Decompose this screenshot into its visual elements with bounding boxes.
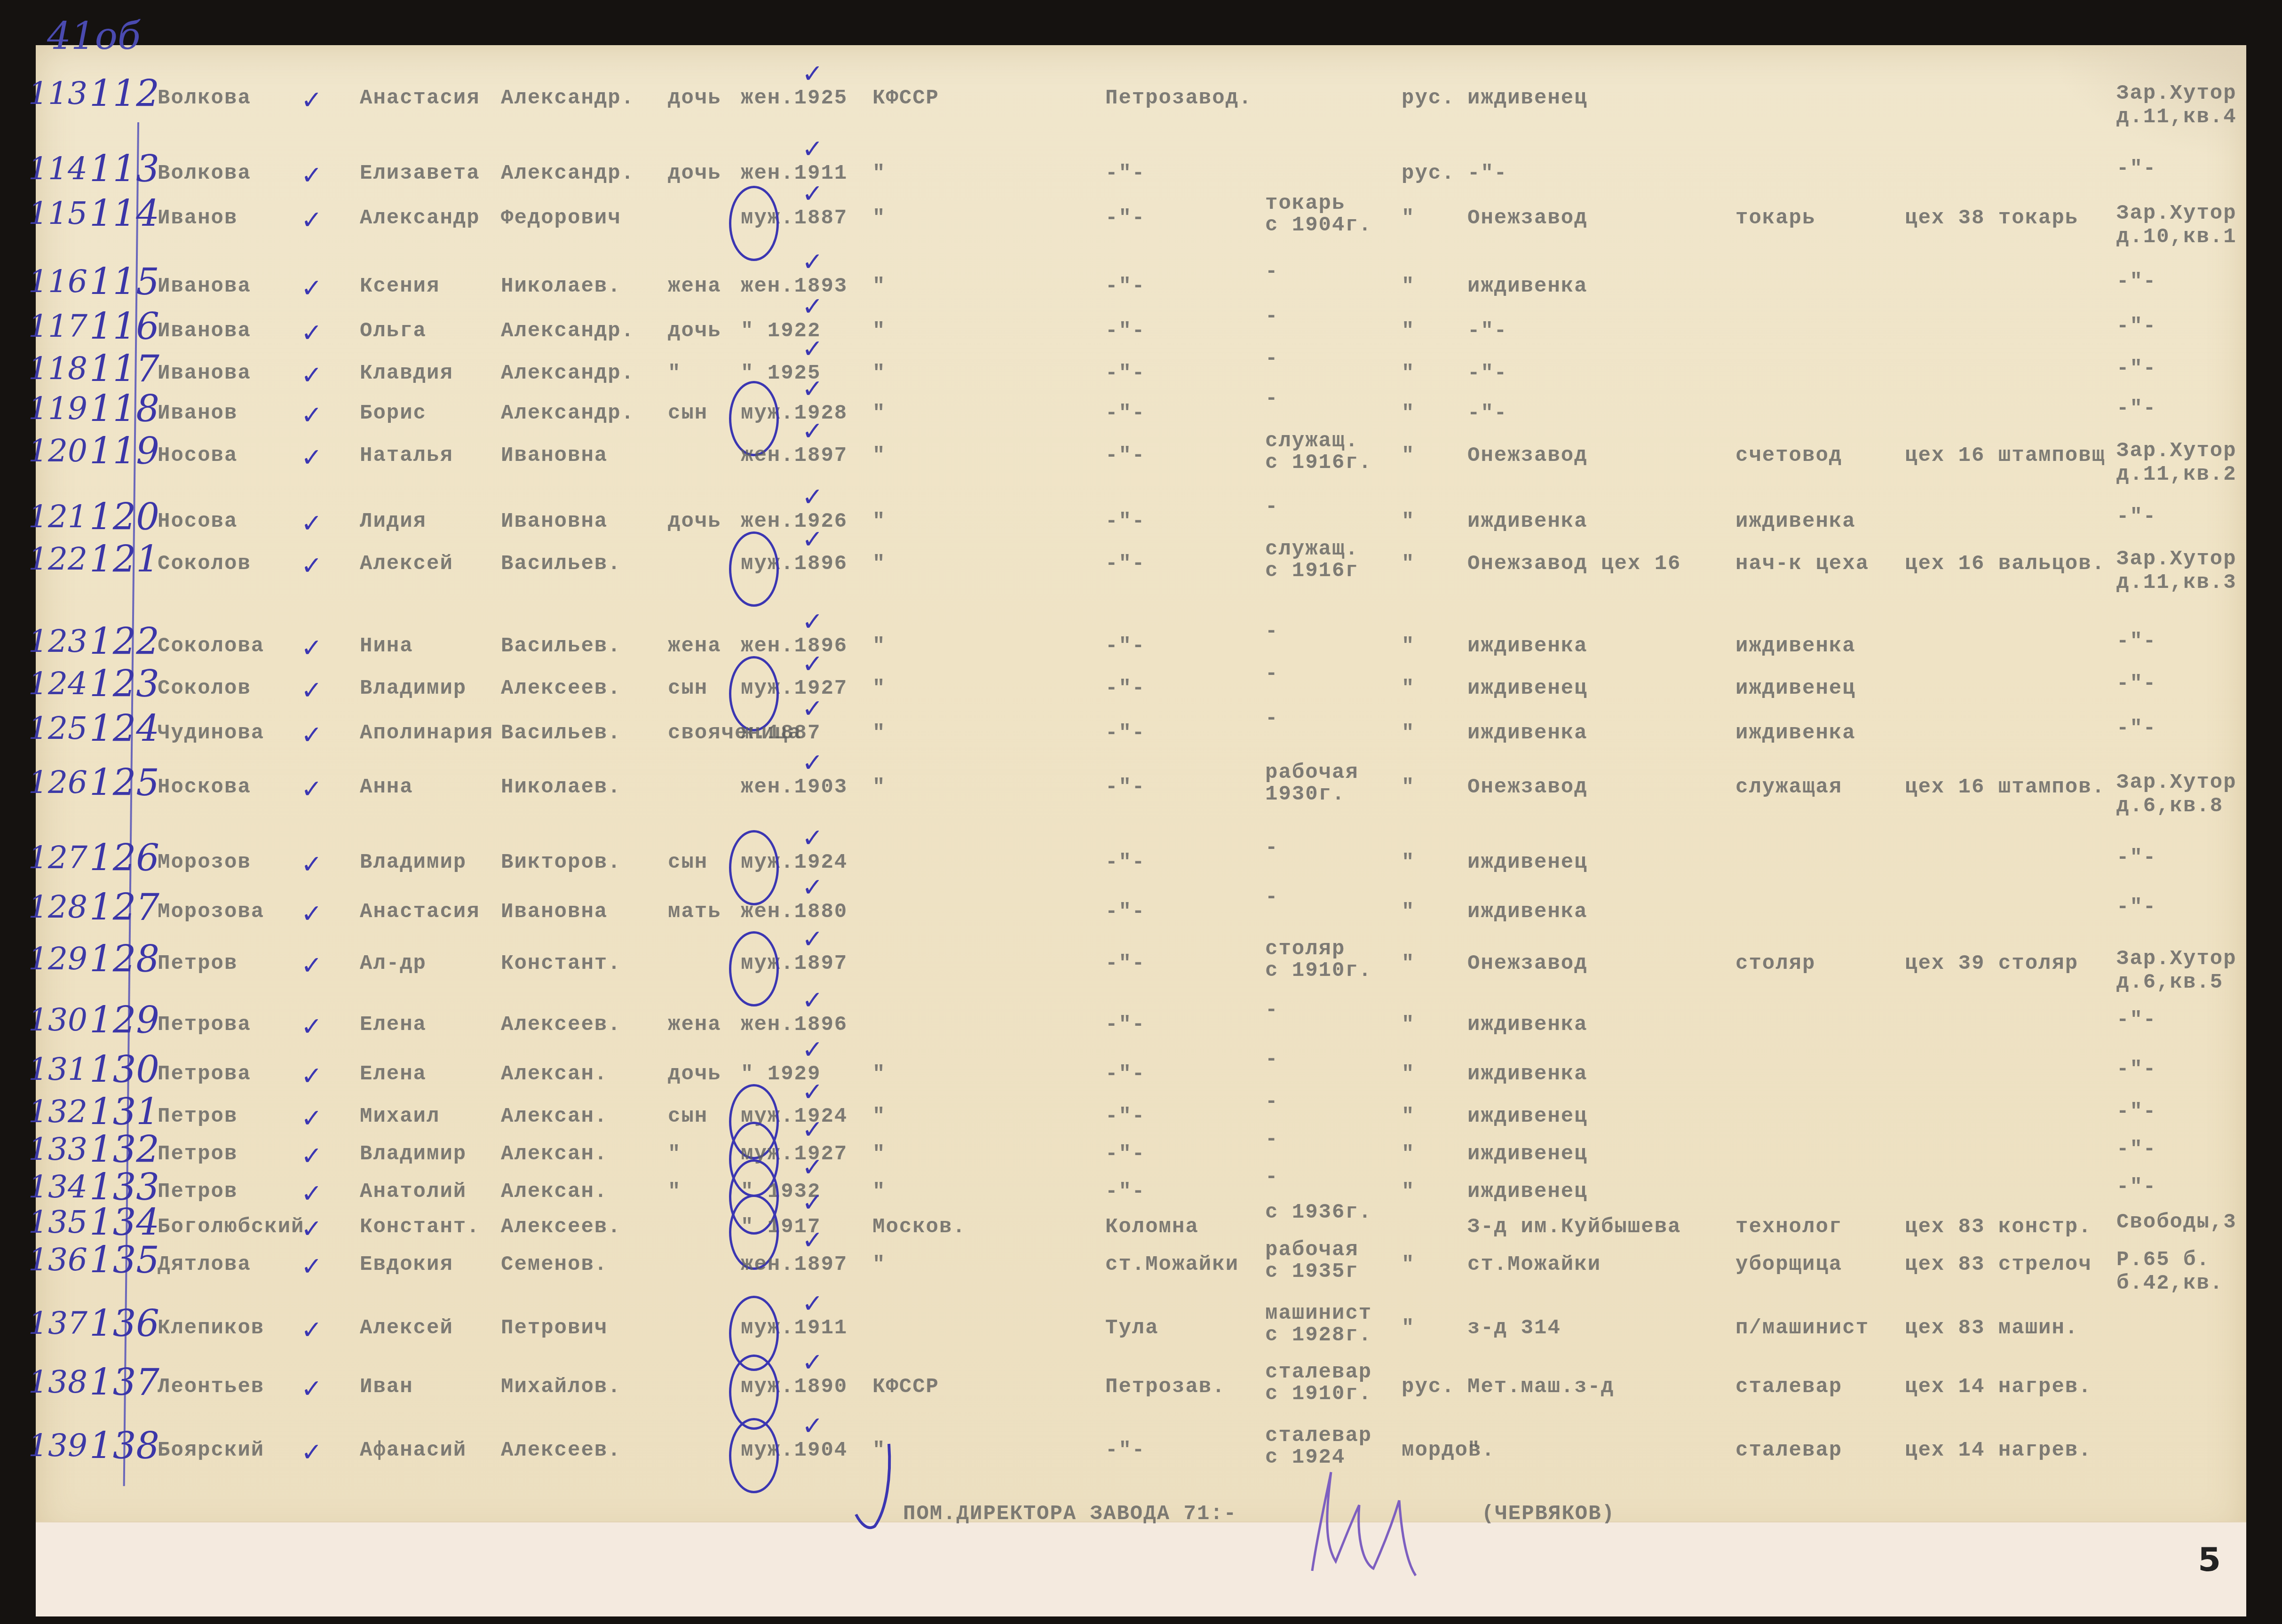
nationality-cell: " bbox=[1402, 952, 1415, 975]
workplace-cell: -"- bbox=[1467, 162, 1507, 185]
patronymic-cell: Алексан. bbox=[501, 1105, 608, 1128]
relation-cell: дочь bbox=[668, 162, 721, 185]
old-record-number: 130 bbox=[89, 1049, 159, 1091]
new-record-number: 124 bbox=[28, 665, 87, 702]
check-icon: ✓ bbox=[301, 1437, 322, 1467]
relation-cell: мать bbox=[668, 901, 721, 923]
check-icon: ✓ bbox=[802, 1152, 823, 1182]
first-name-cell: Клавдия bbox=[360, 362, 453, 385]
profession-since-cell: - bbox=[1265, 1166, 1278, 1188]
position-cell: токарь bbox=[1735, 207, 1815, 230]
patronymic-cell: Ивановна bbox=[501, 901, 608, 923]
new-record-number: 127 bbox=[28, 840, 87, 876]
patronymic-cell: Федорович bbox=[501, 207, 621, 230]
profession-since-cell: - bbox=[1265, 388, 1278, 410]
profession-since-cell: - bbox=[1265, 663, 1278, 685]
birthplace-cell: -"- bbox=[1105, 1014, 1145, 1036]
first-name-cell: Владимир bbox=[360, 1143, 467, 1165]
workshop-cell: цех 16 штампов. bbox=[1905, 776, 2105, 799]
relation-cell: сын bbox=[668, 1105, 708, 1128]
table-row: 139138Боярский✓АфанасийАлексеев.муж.1904… bbox=[0, 1439, 2282, 1496]
surname-cell: Петрова bbox=[158, 1014, 251, 1036]
profession-since-cell: - bbox=[1265, 1129, 1278, 1150]
workplace-cell: ст.Можайки bbox=[1467, 1253, 1601, 1276]
surname-cell: Соколов bbox=[158, 677, 251, 700]
workplace-cell: иждивенец bbox=[1467, 1180, 1588, 1203]
nationality-cell: " bbox=[1402, 402, 1415, 425]
workshop-cell: цех 39 столяр bbox=[1905, 952, 2078, 975]
profession-since-cell: - bbox=[1265, 999, 1278, 1021]
address-line1: Зар.Хутор bbox=[2116, 440, 2237, 462]
nationality-cell: " bbox=[1402, 553, 1415, 575]
check-icon: ✓ bbox=[802, 1035, 823, 1064]
surname-cell: Морозова bbox=[158, 901, 264, 923]
address-line1: -"- bbox=[2116, 506, 2156, 528]
surname-cell: Иванова bbox=[158, 362, 251, 385]
check-icon: ✓ bbox=[802, 134, 823, 164]
profession-since-cell: с 1936г. bbox=[1265, 1202, 1372, 1223]
new-record-number: 132 bbox=[28, 1093, 87, 1130]
check-icon: ✓ bbox=[301, 273, 322, 303]
first-name-cell: Евдокия bbox=[360, 1253, 453, 1276]
check-icon: ✓ bbox=[802, 59, 823, 88]
check-icon: ✓ bbox=[802, 649, 823, 679]
nationality-cell: " bbox=[1402, 776, 1415, 799]
check-icon: ✓ bbox=[802, 482, 823, 512]
old-record-number: 113 bbox=[89, 148, 159, 190]
address-line2: д.11,кв.3 bbox=[2116, 571, 2237, 594]
address-line2: д.6,кв.8 bbox=[2116, 795, 2223, 817]
position-cell: сталевар bbox=[1735, 1376, 1842, 1398]
surname-cell: Петров bbox=[158, 1180, 238, 1203]
republic-cell: " bbox=[872, 635, 886, 658]
position-cell: технолог bbox=[1735, 1216, 1842, 1238]
profession-since-cell: - bbox=[1265, 1091, 1278, 1113]
surname-cell: Иванова bbox=[158, 275, 251, 298]
first-name-cell: Ал-др bbox=[360, 952, 427, 975]
profession-since-cell: - bbox=[1265, 496, 1278, 518]
nationality-cell: " bbox=[1402, 722, 1415, 745]
relation-cell: " bbox=[668, 362, 681, 385]
republic-cell: КФССР bbox=[872, 1376, 939, 1398]
check-icon: ✓ bbox=[802, 1411, 823, 1441]
birthplace-cell: -"- bbox=[1105, 635, 1145, 658]
birthplace-cell: -"- bbox=[1105, 776, 1145, 799]
position-cell: иждивенка bbox=[1735, 510, 1856, 533]
position-cell: служащая bbox=[1735, 776, 1842, 799]
position-cell: п/машинист bbox=[1735, 1317, 1869, 1339]
sex-birthyear-cell: ж.1887 bbox=[741, 722, 821, 745]
table-row: 126125Носкова✓АннаНиколаев.жен.1903✓"-"-… bbox=[0, 776, 2282, 832]
sex-birthyear-cell: жен.1896 bbox=[741, 635, 848, 658]
new-record-number: 129 bbox=[28, 941, 87, 977]
workplace-cell: иждивенка bbox=[1467, 722, 1588, 745]
surname-cell: Иванова bbox=[158, 320, 251, 342]
check-icon: ✓ bbox=[802, 524, 823, 554]
relation-cell: жена bbox=[668, 275, 721, 298]
address-line1: -"- bbox=[2116, 1101, 2156, 1123]
patronymic-cell: Петрович bbox=[501, 1317, 608, 1339]
new-record-number: 114 bbox=[28, 151, 87, 187]
republic-cell: " bbox=[872, 1105, 886, 1128]
patronymic-cell: Александр. bbox=[501, 162, 634, 185]
address-line1: -"- bbox=[2116, 315, 2156, 338]
address-line1: -"- bbox=[2116, 1009, 2156, 1031]
address-line2: д.11,кв.4 bbox=[2116, 106, 2237, 128]
paper-bottom-strip bbox=[36, 1521, 2246, 1616]
surname-cell: Боярский bbox=[158, 1439, 264, 1462]
nationality-cell: " bbox=[1402, 1317, 1415, 1339]
workplace-cell: иждивенец bbox=[1467, 677, 1588, 700]
address-line2: д.10,кв.1 bbox=[2116, 226, 2237, 248]
address-line2: б.42,кв. bbox=[2116, 1272, 2223, 1295]
birthplace-cell: -"- bbox=[1105, 1180, 1145, 1203]
birthplace-cell: -"- bbox=[1105, 1105, 1145, 1128]
address-line1: -"- bbox=[2116, 397, 2156, 420]
patronymic-cell: Алексан. bbox=[501, 1180, 608, 1203]
address-line1: Зар.Хутор bbox=[2116, 771, 2237, 794]
birthplace-cell: -"- bbox=[1105, 444, 1145, 467]
republic-cell: " bbox=[872, 1063, 886, 1085]
patronymic-cell: Ивановна bbox=[501, 444, 608, 467]
workplace-cell: иждивенка bbox=[1467, 901, 1588, 923]
table-row: 125124Чудинова✓АполинарияВасильев.свояче… bbox=[0, 722, 2282, 778]
relation-cell: дочь bbox=[668, 320, 721, 342]
patronymic-cell: Констант. bbox=[501, 952, 621, 975]
surname-cell: Иванов bbox=[158, 207, 238, 230]
table-row: 127126Морозов✓ВладимирВикторов.сынмуж.19… bbox=[0, 851, 2282, 908]
check-icon: ✓ bbox=[301, 720, 322, 750]
birthplace-cell: Коломна bbox=[1105, 1216, 1199, 1238]
first-name-cell: Лидия bbox=[360, 510, 427, 533]
surname-cell: Леонтьев bbox=[158, 1376, 264, 1398]
address-line1: Свободы,3 bbox=[2116, 1211, 2237, 1234]
check-icon: ✓ bbox=[802, 823, 823, 853]
address-line1: -"- bbox=[2116, 847, 2156, 869]
new-record-number: 121 bbox=[28, 499, 87, 535]
new-record-number: 134 bbox=[28, 1169, 87, 1205]
surname-cell: Волкова bbox=[158, 162, 251, 185]
position-cell: столяр bbox=[1735, 952, 1815, 975]
surname-cell: Петров bbox=[158, 952, 238, 975]
pencil-hook-mark bbox=[847, 1439, 903, 1533]
workplace-cell: иждивенец bbox=[1467, 851, 1588, 874]
table-row: 122121Соколов✓АлексейВасильев.муж.1896✓"… bbox=[0, 553, 2282, 609]
new-record-number: 128 bbox=[28, 889, 87, 925]
patronymic-cell: Ивановна bbox=[501, 510, 608, 533]
check-icon: ✓ bbox=[802, 374, 823, 404]
birthplace-cell: ст.Можайки bbox=[1105, 1253, 1239, 1276]
address-line1: Зар.Хутор bbox=[2116, 948, 2237, 970]
birthplace-cell: -"- bbox=[1105, 320, 1145, 342]
patronymic-cell: Алексеев. bbox=[501, 1216, 621, 1238]
first-name-cell: Аполинария bbox=[360, 722, 493, 745]
workplace-cell: з-д 314 bbox=[1467, 1317, 1561, 1339]
check-icon: ✓ bbox=[802, 292, 823, 321]
birthplace-cell: -"- bbox=[1105, 1143, 1145, 1165]
old-record-number: 129 bbox=[89, 999, 159, 1042]
old-record-number: 132 bbox=[89, 1129, 159, 1171]
nationality-cell: " bbox=[1402, 275, 1415, 298]
workplace-cell: -"- bbox=[1467, 362, 1507, 385]
birthplace-cell: -"- bbox=[1105, 553, 1145, 575]
first-name-cell: Алексей bbox=[360, 553, 453, 575]
check-icon: ✓ bbox=[301, 1012, 322, 1041]
new-record-number: 136 bbox=[28, 1242, 87, 1278]
first-name-cell: Елена bbox=[360, 1063, 427, 1085]
workshop-cell: цех 83 констр. bbox=[1905, 1216, 2092, 1238]
new-record-number: 123 bbox=[28, 623, 87, 659]
profession-since-cell: - bbox=[1265, 306, 1278, 327]
new-record-number: 125 bbox=[28, 710, 87, 746]
surname-cell: Петров bbox=[158, 1105, 238, 1128]
patronymic-cell: Семенов. bbox=[501, 1253, 608, 1276]
patronymic-cell: Александр. bbox=[501, 320, 634, 342]
nationality-cell: рус. bbox=[1402, 1376, 1455, 1398]
patronymic-cell: Михайлов. bbox=[501, 1376, 621, 1398]
birthplace-cell: -"- bbox=[1105, 402, 1145, 425]
address-line1: Зар.Хутор bbox=[2116, 202, 2237, 225]
workplace-cell: З-д им.Куйбышева bbox=[1467, 1216, 1681, 1238]
old-record-number: 121 bbox=[89, 539, 159, 581]
workplace-cell: Онежзавод bbox=[1467, 444, 1588, 467]
check-icon: ✓ bbox=[301, 1179, 322, 1208]
profession-since-cell: служащ. с 1916г bbox=[1265, 539, 1359, 582]
relation-cell: сын bbox=[668, 851, 708, 874]
republic-cell: " bbox=[872, 677, 886, 700]
position-cell: счетовод bbox=[1735, 444, 1842, 467]
position-cell: сталевар bbox=[1735, 1439, 1842, 1462]
workplace-cell: " bbox=[1467, 1439, 1481, 1462]
relation-cell: жена bbox=[668, 1014, 721, 1036]
surname-cell: Носкова bbox=[158, 776, 251, 799]
new-record-number: 115 bbox=[28, 195, 87, 231]
table-row: 138137Леонтьев✓ИванМихайлов.муж.1890✓КФС… bbox=[0, 1376, 2282, 1432]
circle-mark-icon bbox=[729, 186, 779, 261]
address-line1: -"- bbox=[2116, 1176, 2156, 1198]
position-cell: нач-к цеха bbox=[1735, 553, 1869, 575]
new-record-number: 117 bbox=[28, 308, 87, 344]
republic-cell: Москов. bbox=[872, 1216, 966, 1238]
nationality-cell: " bbox=[1402, 320, 1415, 342]
old-record-number: 112 bbox=[89, 73, 159, 115]
position-cell: иждивенец bbox=[1735, 677, 1856, 700]
address-line1: -"- bbox=[2116, 630, 2156, 653]
republic-cell: КФССР bbox=[872, 87, 939, 110]
old-record-number: 124 bbox=[89, 708, 159, 750]
address-line1: -"- bbox=[2116, 1058, 2156, 1081]
first-name-cell: Анастасия bbox=[360, 901, 480, 923]
patronymic-cell: Алексан. bbox=[501, 1063, 608, 1085]
surname-cell: Клепиков bbox=[158, 1317, 264, 1339]
profession-since-cell: - bbox=[1265, 1049, 1278, 1070]
first-name-cell: Елизавета bbox=[360, 162, 480, 185]
first-name-cell: Александр bbox=[360, 207, 480, 230]
relation-cell: дочь bbox=[668, 87, 721, 110]
profession-since-cell: - bbox=[1265, 887, 1278, 908]
patronymic-cell: Викторов. bbox=[501, 851, 621, 874]
patronymic-cell: Александр. bbox=[501, 402, 634, 425]
patronymic-cell: Васильев. bbox=[501, 635, 621, 658]
address-line1: -"- bbox=[2116, 270, 2156, 293]
first-name-cell: Ксения bbox=[360, 275, 440, 298]
profession-since-cell: - bbox=[1265, 261, 1278, 283]
nationality-cell: " bbox=[1402, 207, 1415, 230]
surname-cell: Иванов bbox=[158, 402, 238, 425]
position-cell: иждивенка bbox=[1735, 722, 1856, 745]
patronymic-cell: Алексан. bbox=[501, 1143, 608, 1165]
handwritten-signature bbox=[1298, 1467, 1449, 1580]
address-line1: -"- bbox=[2116, 717, 2156, 740]
circle-mark-icon bbox=[729, 1418, 779, 1493]
surname-cell: Дятлова bbox=[158, 1253, 251, 1276]
address-line1: Зар.Хутор bbox=[2116, 82, 2237, 105]
patronymic-cell: Александр. bbox=[501, 87, 634, 110]
new-record-number: 138 bbox=[28, 1364, 87, 1400]
check-icon: ✓ bbox=[802, 1077, 823, 1107]
relation-cell: " bbox=[668, 1143, 681, 1165]
first-name-cell: Нина bbox=[360, 635, 413, 658]
profession-since-cell: - bbox=[1265, 708, 1278, 729]
workplace-cell: Онежзавод bbox=[1467, 952, 1588, 975]
republic-cell: " bbox=[872, 1143, 886, 1165]
birthplace-cell: -"- bbox=[1105, 952, 1145, 975]
sex-birthyear-cell: жен.1896 bbox=[741, 1014, 848, 1036]
page-mark: 5 bbox=[2198, 1540, 2221, 1579]
surname-cell: Боголюбский bbox=[158, 1216, 304, 1238]
nationality-cell: " bbox=[1402, 901, 1415, 923]
profession-since-cell: машинист с 1928г. bbox=[1265, 1303, 1372, 1346]
check-icon: ✓ bbox=[301, 1315, 322, 1345]
check-icon: ✓ bbox=[301, 1141, 322, 1171]
profession-since-cell: рабочая с 1935г bbox=[1265, 1239, 1359, 1283]
nationality-cell: " bbox=[1402, 1143, 1415, 1165]
table-row: 120119Носова✓НатальяИвановнажен.1897✓"-"… bbox=[0, 444, 2282, 501]
republic-cell: " bbox=[872, 722, 886, 745]
surname-cell: Соколова bbox=[158, 635, 264, 658]
old-record-number: 131 bbox=[89, 1091, 159, 1133]
first-name-cell: Ольга bbox=[360, 320, 427, 342]
profession-since-cell: токарь с 1904г. bbox=[1265, 193, 1372, 236]
check-icon: ✓ bbox=[301, 443, 322, 472]
workplace-cell: иждивенка bbox=[1467, 275, 1588, 298]
table-row: 113112Волкова✓АнастасияАлександр.дочьжен… bbox=[0, 87, 2282, 143]
check-icon: ✓ bbox=[802, 872, 823, 902]
nationality-cell: " bbox=[1402, 1105, 1415, 1128]
sex-birthyear-cell: жен.1880 bbox=[741, 901, 848, 923]
check-icon: ✓ bbox=[301, 675, 322, 705]
old-record-number: 119 bbox=[89, 430, 159, 473]
nationality-cell: " bbox=[1402, 510, 1415, 533]
new-record-number: 133 bbox=[28, 1131, 87, 1167]
old-record-number: 122 bbox=[89, 621, 159, 663]
republic-cell: " bbox=[872, 320, 886, 342]
circle-mark-icon bbox=[729, 531, 779, 607]
check-icon: ✓ bbox=[301, 85, 322, 115]
workplace-cell: иждивенец bbox=[1467, 1105, 1588, 1128]
new-record-number: 122 bbox=[28, 541, 87, 577]
check-icon: ✓ bbox=[802, 985, 823, 1015]
birthplace-cell: -"- bbox=[1105, 851, 1145, 874]
first-name-cell: Анна bbox=[360, 776, 413, 799]
workshop-cell: цех 83 стрелоч bbox=[1905, 1253, 2092, 1276]
sex-birthyear-cell: жен.1897 bbox=[741, 444, 848, 467]
nationality-cell: " bbox=[1402, 851, 1415, 874]
check-icon: ✓ bbox=[301, 318, 322, 348]
check-icon: ✓ bbox=[802, 179, 823, 208]
republic-cell: " bbox=[872, 776, 886, 799]
old-record-number: 138 bbox=[89, 1425, 159, 1467]
surname-cell: Морозов bbox=[158, 851, 251, 874]
check-icon: ✓ bbox=[301, 360, 322, 390]
check-icon: ✓ bbox=[301, 1061, 322, 1091]
address-line1: -"- bbox=[2116, 673, 2156, 695]
check-icon: ✓ bbox=[301, 849, 322, 879]
old-record-number: 114 bbox=[89, 193, 159, 235]
republic-cell: " bbox=[872, 162, 886, 185]
old-record-number: 118 bbox=[89, 388, 159, 430]
sex-birthyear-cell: жен.1903 bbox=[741, 776, 848, 799]
circle-mark-icon bbox=[729, 830, 779, 905]
republic-cell: " bbox=[872, 1253, 886, 1276]
birthplace-cell: -"- bbox=[1105, 677, 1145, 700]
table-row: 129128Петров✓Ал-дрКонстант.муж.1897✓-"-с… bbox=[0, 952, 2282, 1009]
workshop-cell: цех 16 вальцов. bbox=[1905, 553, 2105, 575]
address-line1: -"- bbox=[2116, 1138, 2156, 1161]
old-record-number: 127 bbox=[89, 887, 159, 929]
check-icon: ✓ bbox=[802, 247, 823, 277]
surname-cell: Носова bbox=[158, 510, 238, 533]
table-row: 136135Дятлова✓ЕвдокияСеменов.жен.1897✓"с… bbox=[0, 1253, 2282, 1310]
check-icon: ✓ bbox=[802, 607, 823, 636]
patronymic-cell: Николаев. bbox=[501, 776, 621, 799]
old-record-number: 137 bbox=[89, 1362, 159, 1404]
surname-cell: Петрова bbox=[158, 1063, 251, 1085]
check-icon: ✓ bbox=[802, 416, 823, 446]
table-row: 130129Петрова✓ЕленаАлексеев.женажен.1896… bbox=[0, 1014, 2282, 1070]
check-icon: ✓ bbox=[301, 551, 322, 580]
address-line1: Р.65 б. bbox=[2116, 1249, 2210, 1271]
address-line2: д.11,кв.2 bbox=[2116, 463, 2237, 486]
relation-cell: дочь bbox=[668, 1063, 721, 1085]
check-icon: ✓ bbox=[301, 633, 322, 663]
old-record-number: 117 bbox=[89, 348, 159, 390]
address-line1: -"- bbox=[2116, 158, 2156, 180]
new-record-number: 139 bbox=[28, 1427, 87, 1464]
workshop-cell: цех 14 нагрев. bbox=[1905, 1376, 2092, 1398]
workplace-cell: иждивенец bbox=[1467, 87, 1588, 110]
new-record-number: 131 bbox=[28, 1051, 87, 1087]
workshop-cell: цех 14 нагрев. bbox=[1905, 1439, 2092, 1462]
old-record-number: 134 bbox=[89, 1202, 159, 1244]
old-record-number: 116 bbox=[89, 306, 159, 348]
workplace-cell: -"- bbox=[1467, 402, 1507, 425]
old-record-number: 123 bbox=[89, 663, 159, 705]
table-row: 137136Клепиков✓АлексейПетровичмуж.1911✓Т… bbox=[0, 1317, 2282, 1373]
old-record-number: 136 bbox=[89, 1303, 159, 1345]
workplace-cell: -"- bbox=[1467, 320, 1507, 342]
relation-cell: сын bbox=[668, 402, 708, 425]
workplace-cell: иждивенка bbox=[1467, 1014, 1588, 1036]
birthplace-cell: Тула bbox=[1105, 1317, 1159, 1339]
workplace-cell: Онежзавод bbox=[1467, 207, 1588, 230]
profession-since-cell: - bbox=[1265, 837, 1278, 859]
workshop-cell: цех 83 машин. bbox=[1905, 1317, 2078, 1339]
new-record-number: 116 bbox=[28, 263, 87, 300]
birthplace-cell: -"- bbox=[1105, 722, 1145, 745]
workplace-cell: иждивенец bbox=[1467, 1143, 1588, 1165]
check-icon: ✓ bbox=[301, 899, 322, 928]
